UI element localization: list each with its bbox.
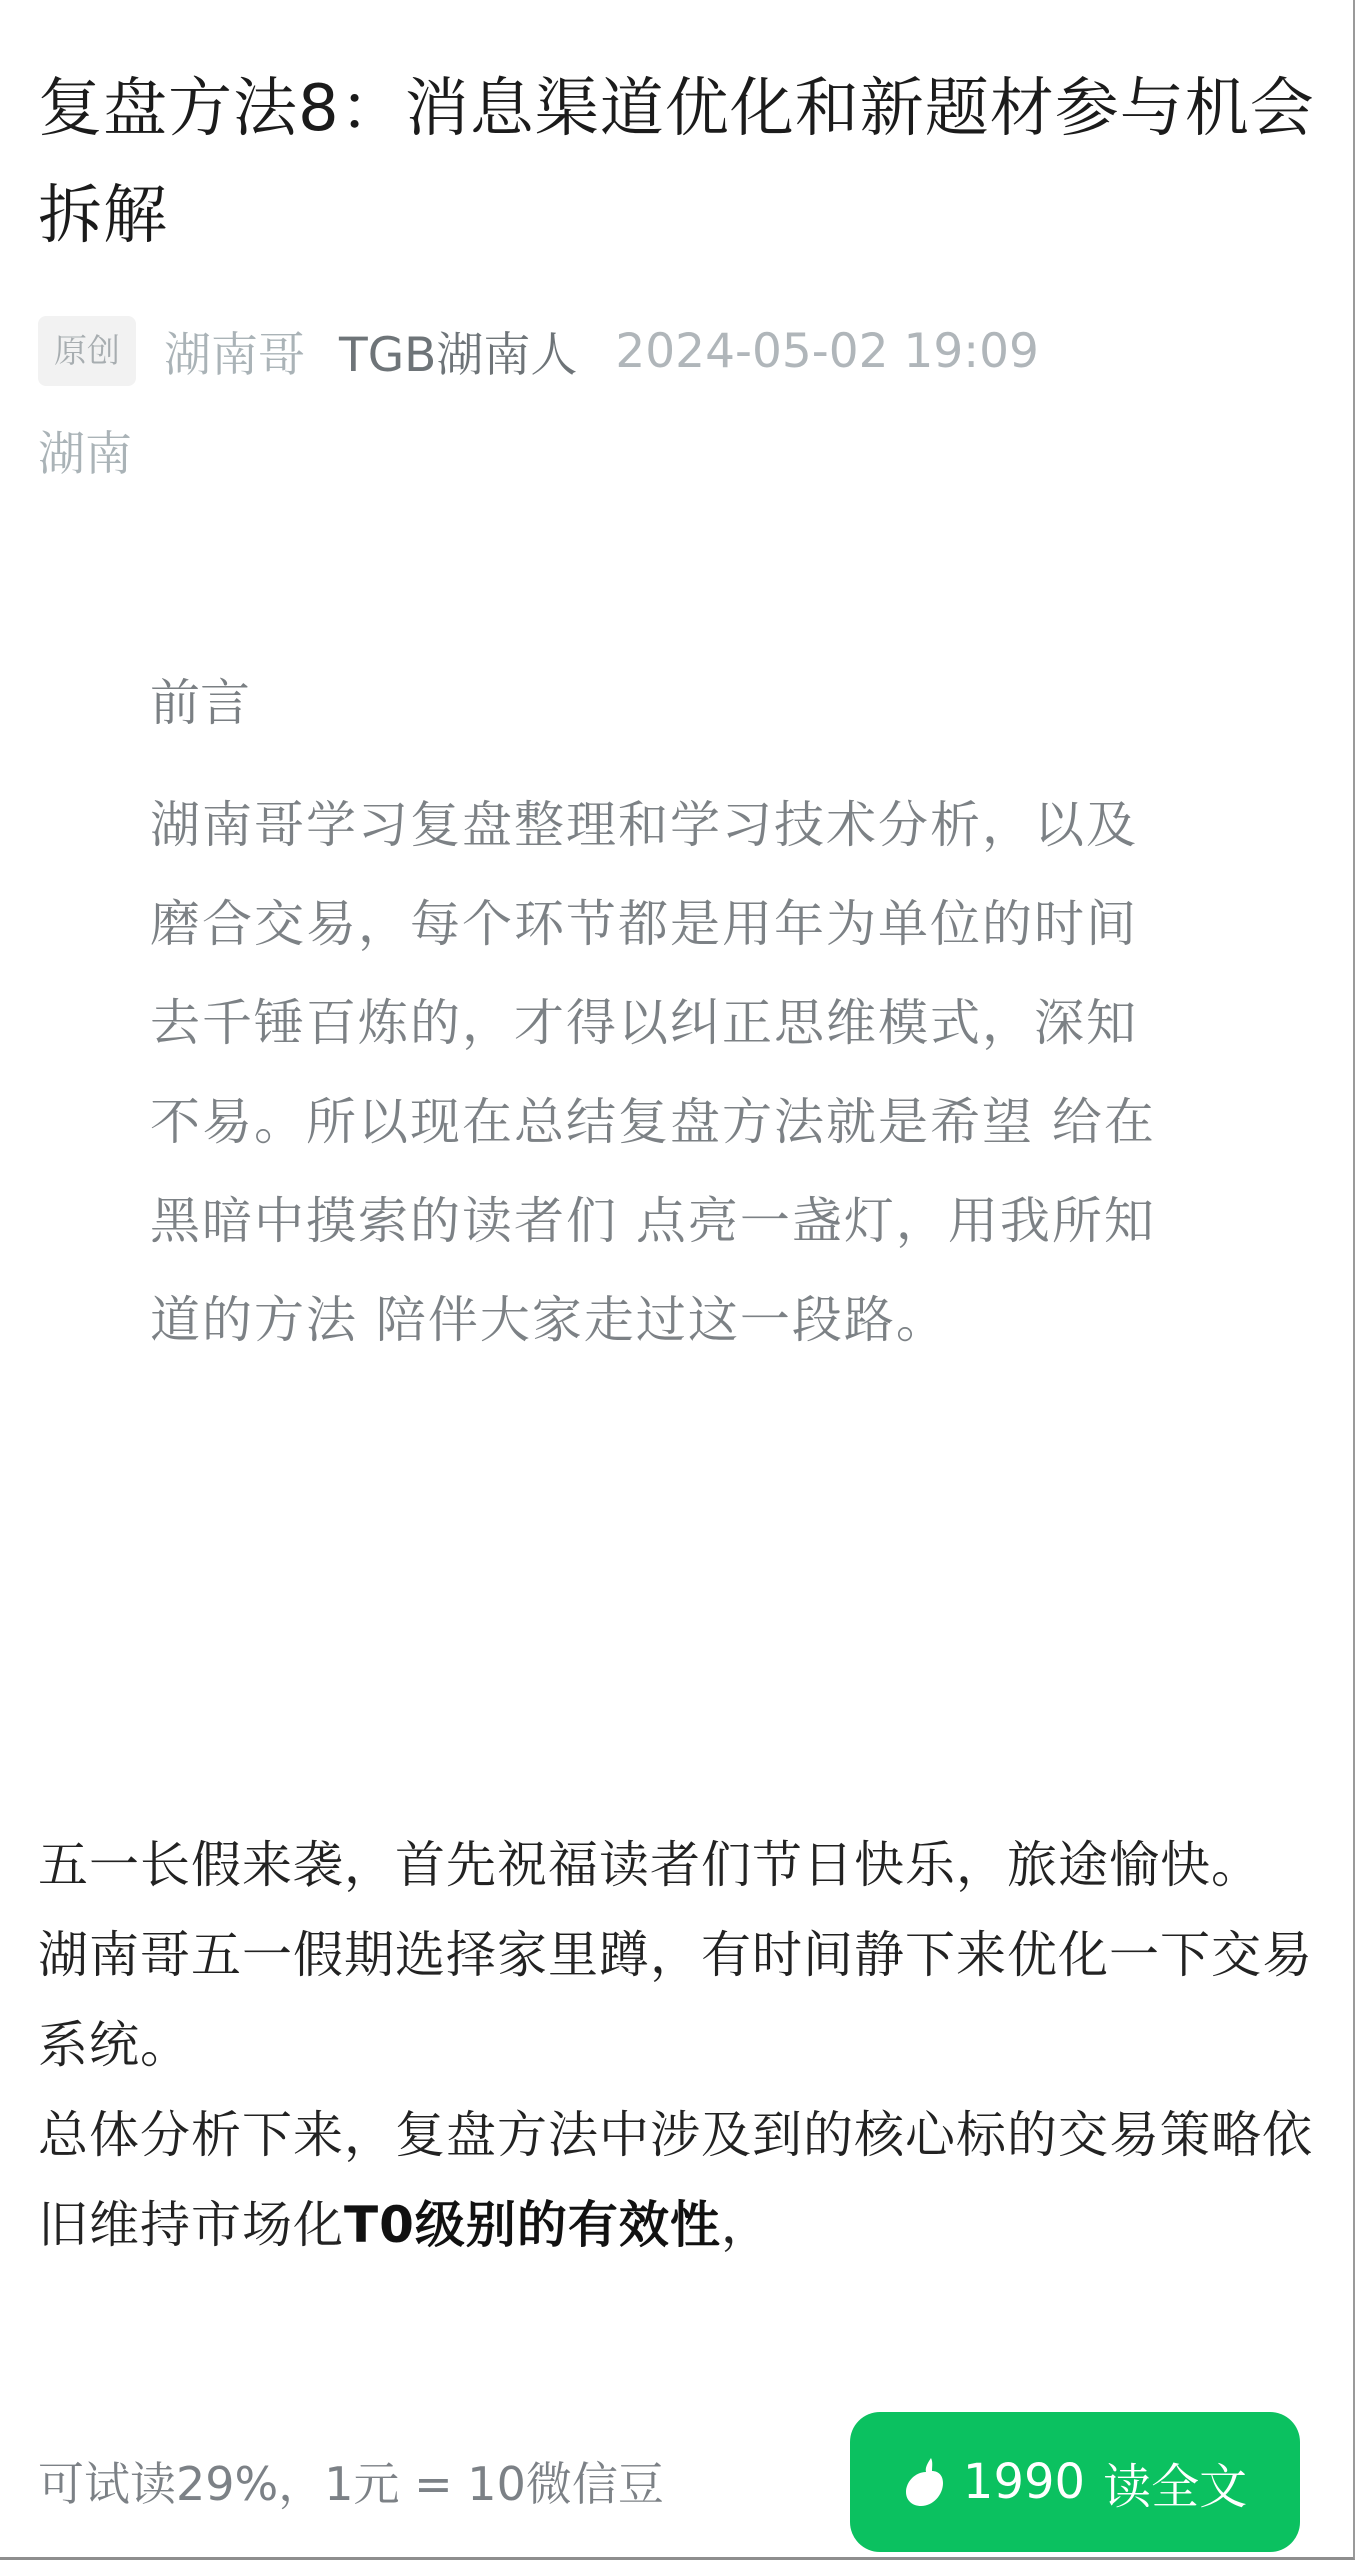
paragraph: 湖南哥五一假期选择家里蹲，有时间静下来优化一下交易系统。 [38, 1910, 1328, 2090]
article-body: 五一长假来袭，首先祝福读者们节日快乐，旅途愉快。 湖南哥五一假期选择家里蹲，有时… [38, 1820, 1328, 2270]
preface-section: 前言 湖南哥学习复盘整理和学习技术分析，以及磨合交易，每个环节都是用年为单位的时… [150, 650, 1180, 1370]
preface-heading: 前言 [150, 650, 1180, 756]
article-title: 复盘方法8：消息渠道优化和新题材参与机会拆解 [38, 56, 1328, 270]
button-label: 读全文 [1103, 2448, 1247, 2517]
paragraph-punct: ， [721, 2196, 772, 2254]
content-fade-overlay [0, 2360, 1353, 2390]
wechat-bean-icon [903, 2456, 947, 2508]
article-page: 复盘方法8：消息渠道优化和新题材参与机会拆解 原创 湖南哥 TGB湖南人 202… [0, 0, 1355, 2560]
bold-emphasis: T0级别的有效性 [344, 2196, 721, 2254]
paragraph: 总体分析下来，复盘方法中涉及到的核心标的交易策略依旧维持市场化T0级别的有效性， [38, 2090, 1328, 2270]
publish-location: 湖南 [38, 420, 132, 490]
paywall-bar: 可试读29%，1元 = 10微信豆 1990 读全文 [0, 2390, 1353, 2557]
article-meta: 原创 湖南哥 TGB湖南人 2024-05-02 19:09 [38, 316, 1039, 386]
read-full-article-button[interactable]: 1990 读全文 [850, 2412, 1300, 2552]
button-price: 1990 [963, 2454, 1085, 2510]
preface-body: 湖南哥学习复盘整理和学习技术分析，以及磨合交易，每个环节都是用年为单位的时间去千… [150, 776, 1160, 1370]
paragraph: 五一长假来袭，首先祝福读者们节日快乐，旅途愉快。 [38, 1820, 1328, 1910]
author-name: 湖南哥 [164, 318, 305, 385]
trial-info: 可试读29%，1元 = 10微信豆 [38, 2456, 664, 2512]
original-badge: 原创 [38, 316, 136, 386]
account-link[interactable]: TGB湖南人 [339, 318, 577, 385]
publish-datetime: 2024-05-02 19:09 [615, 324, 1039, 379]
